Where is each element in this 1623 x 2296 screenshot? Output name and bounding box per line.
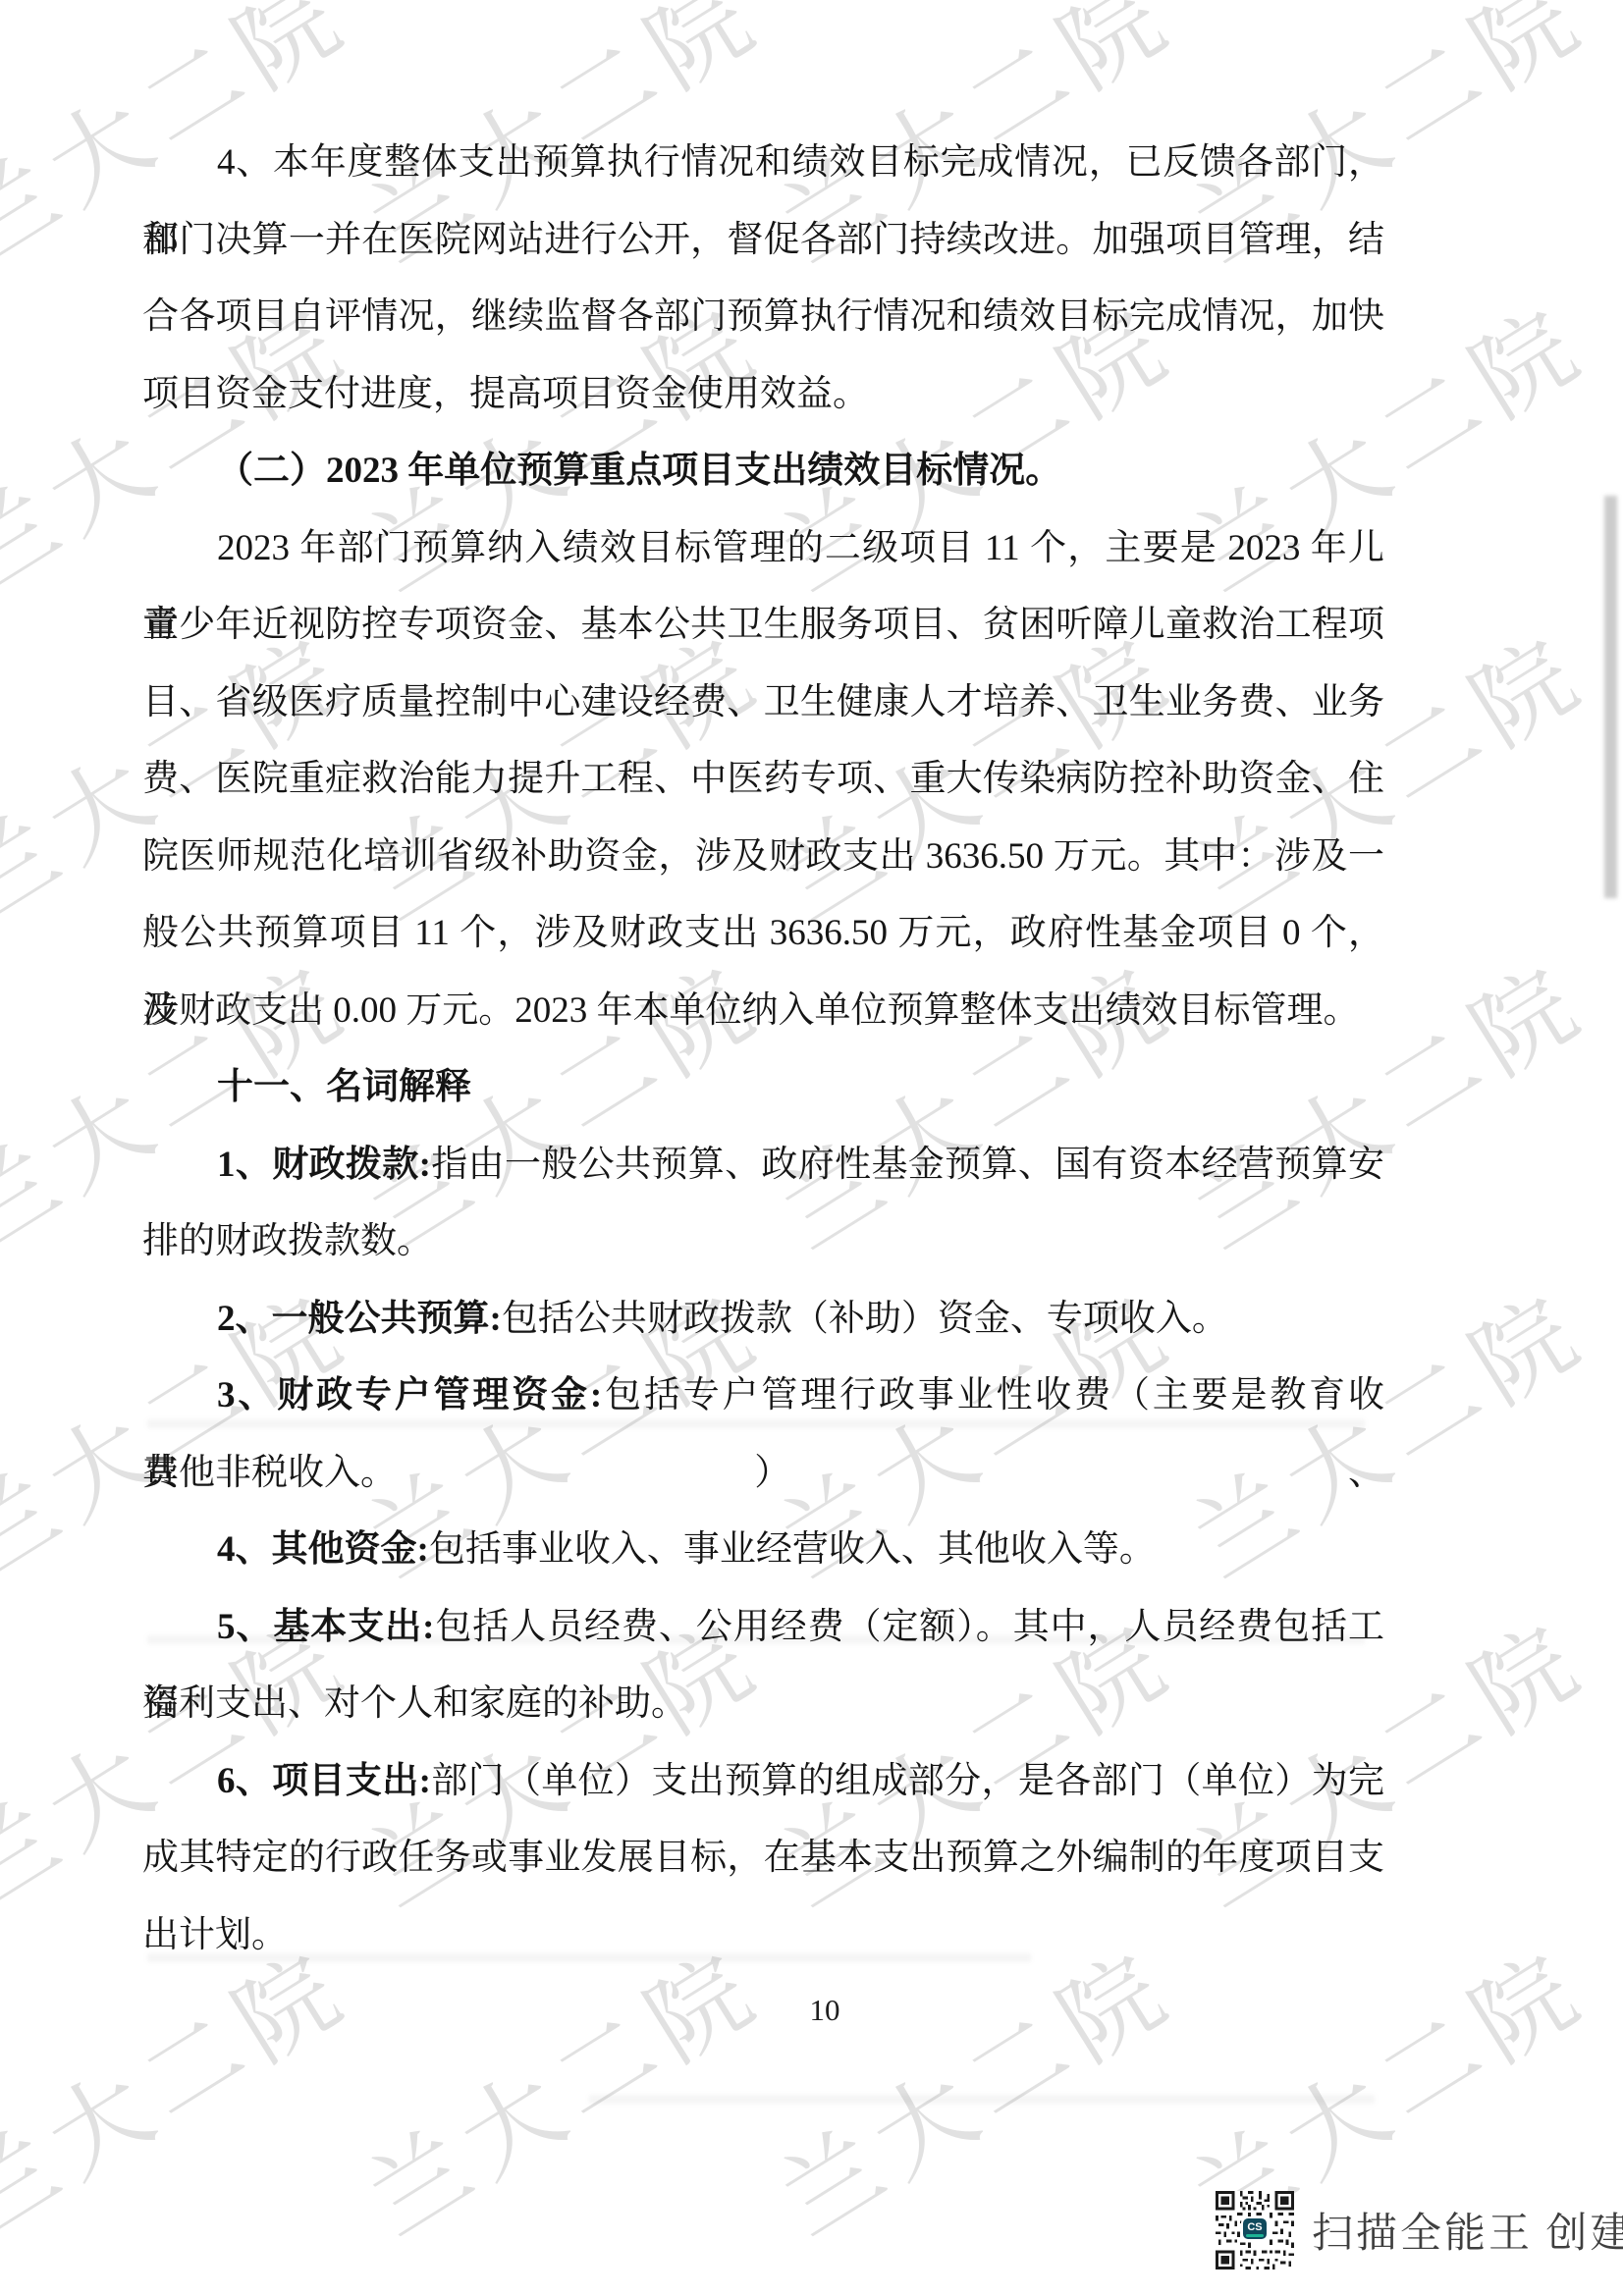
line-text: 排的财政拨款数。 [142, 1221, 433, 1261]
text-line: 4、本年度整体支出预算执行情况和绩效目标完成情况，已反馈各部门，和 [142, 125, 1384, 202]
text-line: 5、基本支出:包括人员经费、公用经费（定额）。其中，人员经费包括工资 [142, 1589, 1384, 1667]
scanned-document-page: { "page": { "number": "10", "watermark_t… [0, 0, 1623, 2296]
line-text: 部门（单位）支出预算的组成部分，是各部门（单位）为完 [431, 1761, 1384, 1801]
line-text: 及财政支出 0.00 万元。2023 年本单位纳入单位预算整体支出绩效目标管理。 [142, 990, 1360, 1031]
line-text: 青少年近视防控专项资金、基本公共卫生服务项目、贫困听障儿童救治工程项 [142, 605, 1384, 645]
camscanner-caption: 扫描全能王 创建 [1312, 2201, 1623, 2260]
line-text: 出计划。 [142, 1915, 288, 1955]
text-line: 成其特定的行政任务或事业发展目标，在基本支出预算之外编制的年度项目支 [142, 1820, 1384, 1897]
line-text: 包括公共财政拨款（补助）资金、专项收入。 [502, 1299, 1228, 1339]
term-label: 2、一般公共预算: [217, 1299, 502, 1339]
camscanner-logo: CS [1243, 2218, 1267, 2239]
term-label: 1、财政拨款: [217, 1145, 431, 1185]
text-line: 目、省级医疗质量控制中心建设经费、卫生健康人才培养、卫生业务费、业务 [142, 665, 1384, 742]
line-text: 目、省级医疗质量控制中心建设经费、卫生健康人才培养、卫生业务费、业务 [142, 682, 1384, 722]
text-line: 3、财政专户管理资金:包括专户管理行政事业性收费（主要是教育收费）、 [142, 1358, 1384, 1435]
text-line: 及财政支出 0.00 万元。2023 年本单位纳入单位预算整体支出绩效目标管理。 [142, 973, 1384, 1050]
line-text: 院医师规范化培训省级补助资金，涉及财政支出 3636.50 万元。其中：涉及一 [142, 836, 1384, 877]
line-text: 指由一般公共预算、政府性基金预算、国有资本经营预算安 [431, 1145, 1384, 1185]
text-line: 青少年近视防控专项资金、基本公共卫生服务项目、贫困听障儿童救治工程项 [142, 587, 1384, 665]
scan-footer: CS 扫描全能王 创建 [1216, 2190, 1623, 2270]
text-line: 十一、名词解释 [142, 1049, 1384, 1127]
term-label: 3、财政专户管理资金: [217, 1375, 602, 1415]
document-text-block: 4、本年度整体支出预算执行情况和绩效目标完成情况，已反馈各部门，和 部门决算一并… [142, 125, 1384, 1974]
text-line: （二）2023 年单位预算重点项目支出绩效目标情况。 [142, 433, 1384, 510]
text-line: 2、一般公共预算:包括公共财政拨款（补助）资金、专项收入。 [142, 1281, 1384, 1359]
line-text: 合各项目自评情况，继续监督各部门预算执行情况和绩效目标完成情况，加快 [142, 296, 1384, 337]
text-line: 部门决算一并在医院网站进行公开，督促各部门持续改进。加强项目管理，结 [142, 202, 1384, 280]
term-label: 4、其他资金: [217, 1529, 429, 1570]
line-text: 项目资金支付进度，提高项目资金使用效益。 [142, 374, 869, 414]
text-line: 2023 年部门预算纳入绩效目标管理的二级项目 11 个，主要是 2023 年儿… [142, 510, 1384, 588]
line-text: 其他非税收入。 [142, 1453, 397, 1493]
text-line: 费、医院重症救治能力提升工程、中医药专项、重大传染病防控补助资金、住 [142, 741, 1384, 819]
scan-streak [589, 2095, 1375, 2104]
term-label: 6、项目支出: [217, 1761, 431, 1801]
text-line: 6、项目支出:部门（单位）支出预算的组成部分，是各部门（单位）为完 [142, 1743, 1384, 1821]
camscanner-qr-code: CS [1216, 2191, 1294, 2269]
line-text: 成其特定的行政任务或事业发展目标，在基本支出预算之外编制的年度项目支 [142, 1838, 1384, 1878]
text-line: 项目资金支付进度，提高项目资金使用效益。 [142, 356, 1384, 434]
term-label: 5、基本支出: [217, 1607, 434, 1647]
line-text: 十一、名词解释 [217, 1067, 471, 1107]
scan-edge-artifact [1604, 496, 1617, 898]
page-number: 10 [756, 1993, 893, 2028]
text-line: 合各项目自评情况，继续监督各部门预算执行情况和绩效目标完成情况，加快 [142, 279, 1384, 356]
line-text: 包括事业收入、事业经营收入、其他收入等。 [429, 1529, 1156, 1570]
line-text: 部门决算一并在医院网站进行公开，督促各部门持续改进。加强项目管理，结 [142, 220, 1384, 260]
text-line: 1、财政拨款:指由一般公共预算、政府性基金预算、国有资本经营预算安 [142, 1127, 1384, 1204]
text-line: 出计划。 [142, 1897, 1384, 1975]
text-line: 福利支出、对个人和家庭的补助。 [142, 1666, 1384, 1743]
text-line: 排的财政拨款数。 [142, 1203, 1384, 1281]
line-text: 福利支出、对个人和家庭的补助。 [142, 1683, 687, 1724]
line-text: （二）2023 年单位预算重点项目支出绩效目标情况。 [217, 451, 1061, 491]
text-line: 般公共预算项目 11 个，涉及财政支出 3636.50 万元，政府性基金项目 0… [142, 895, 1384, 973]
text-line: 4、其他资金:包括事业收入、事业经营收入、其他收入等。 [142, 1512, 1384, 1589]
text-line: 院医师规范化培训省级补助资金，涉及财政支出 3636.50 万元。其中：涉及一 [142, 819, 1384, 896]
line-text: 费、医院重症救治能力提升工程、中医药专项、重大传染病防控补助资金、住 [142, 759, 1384, 799]
